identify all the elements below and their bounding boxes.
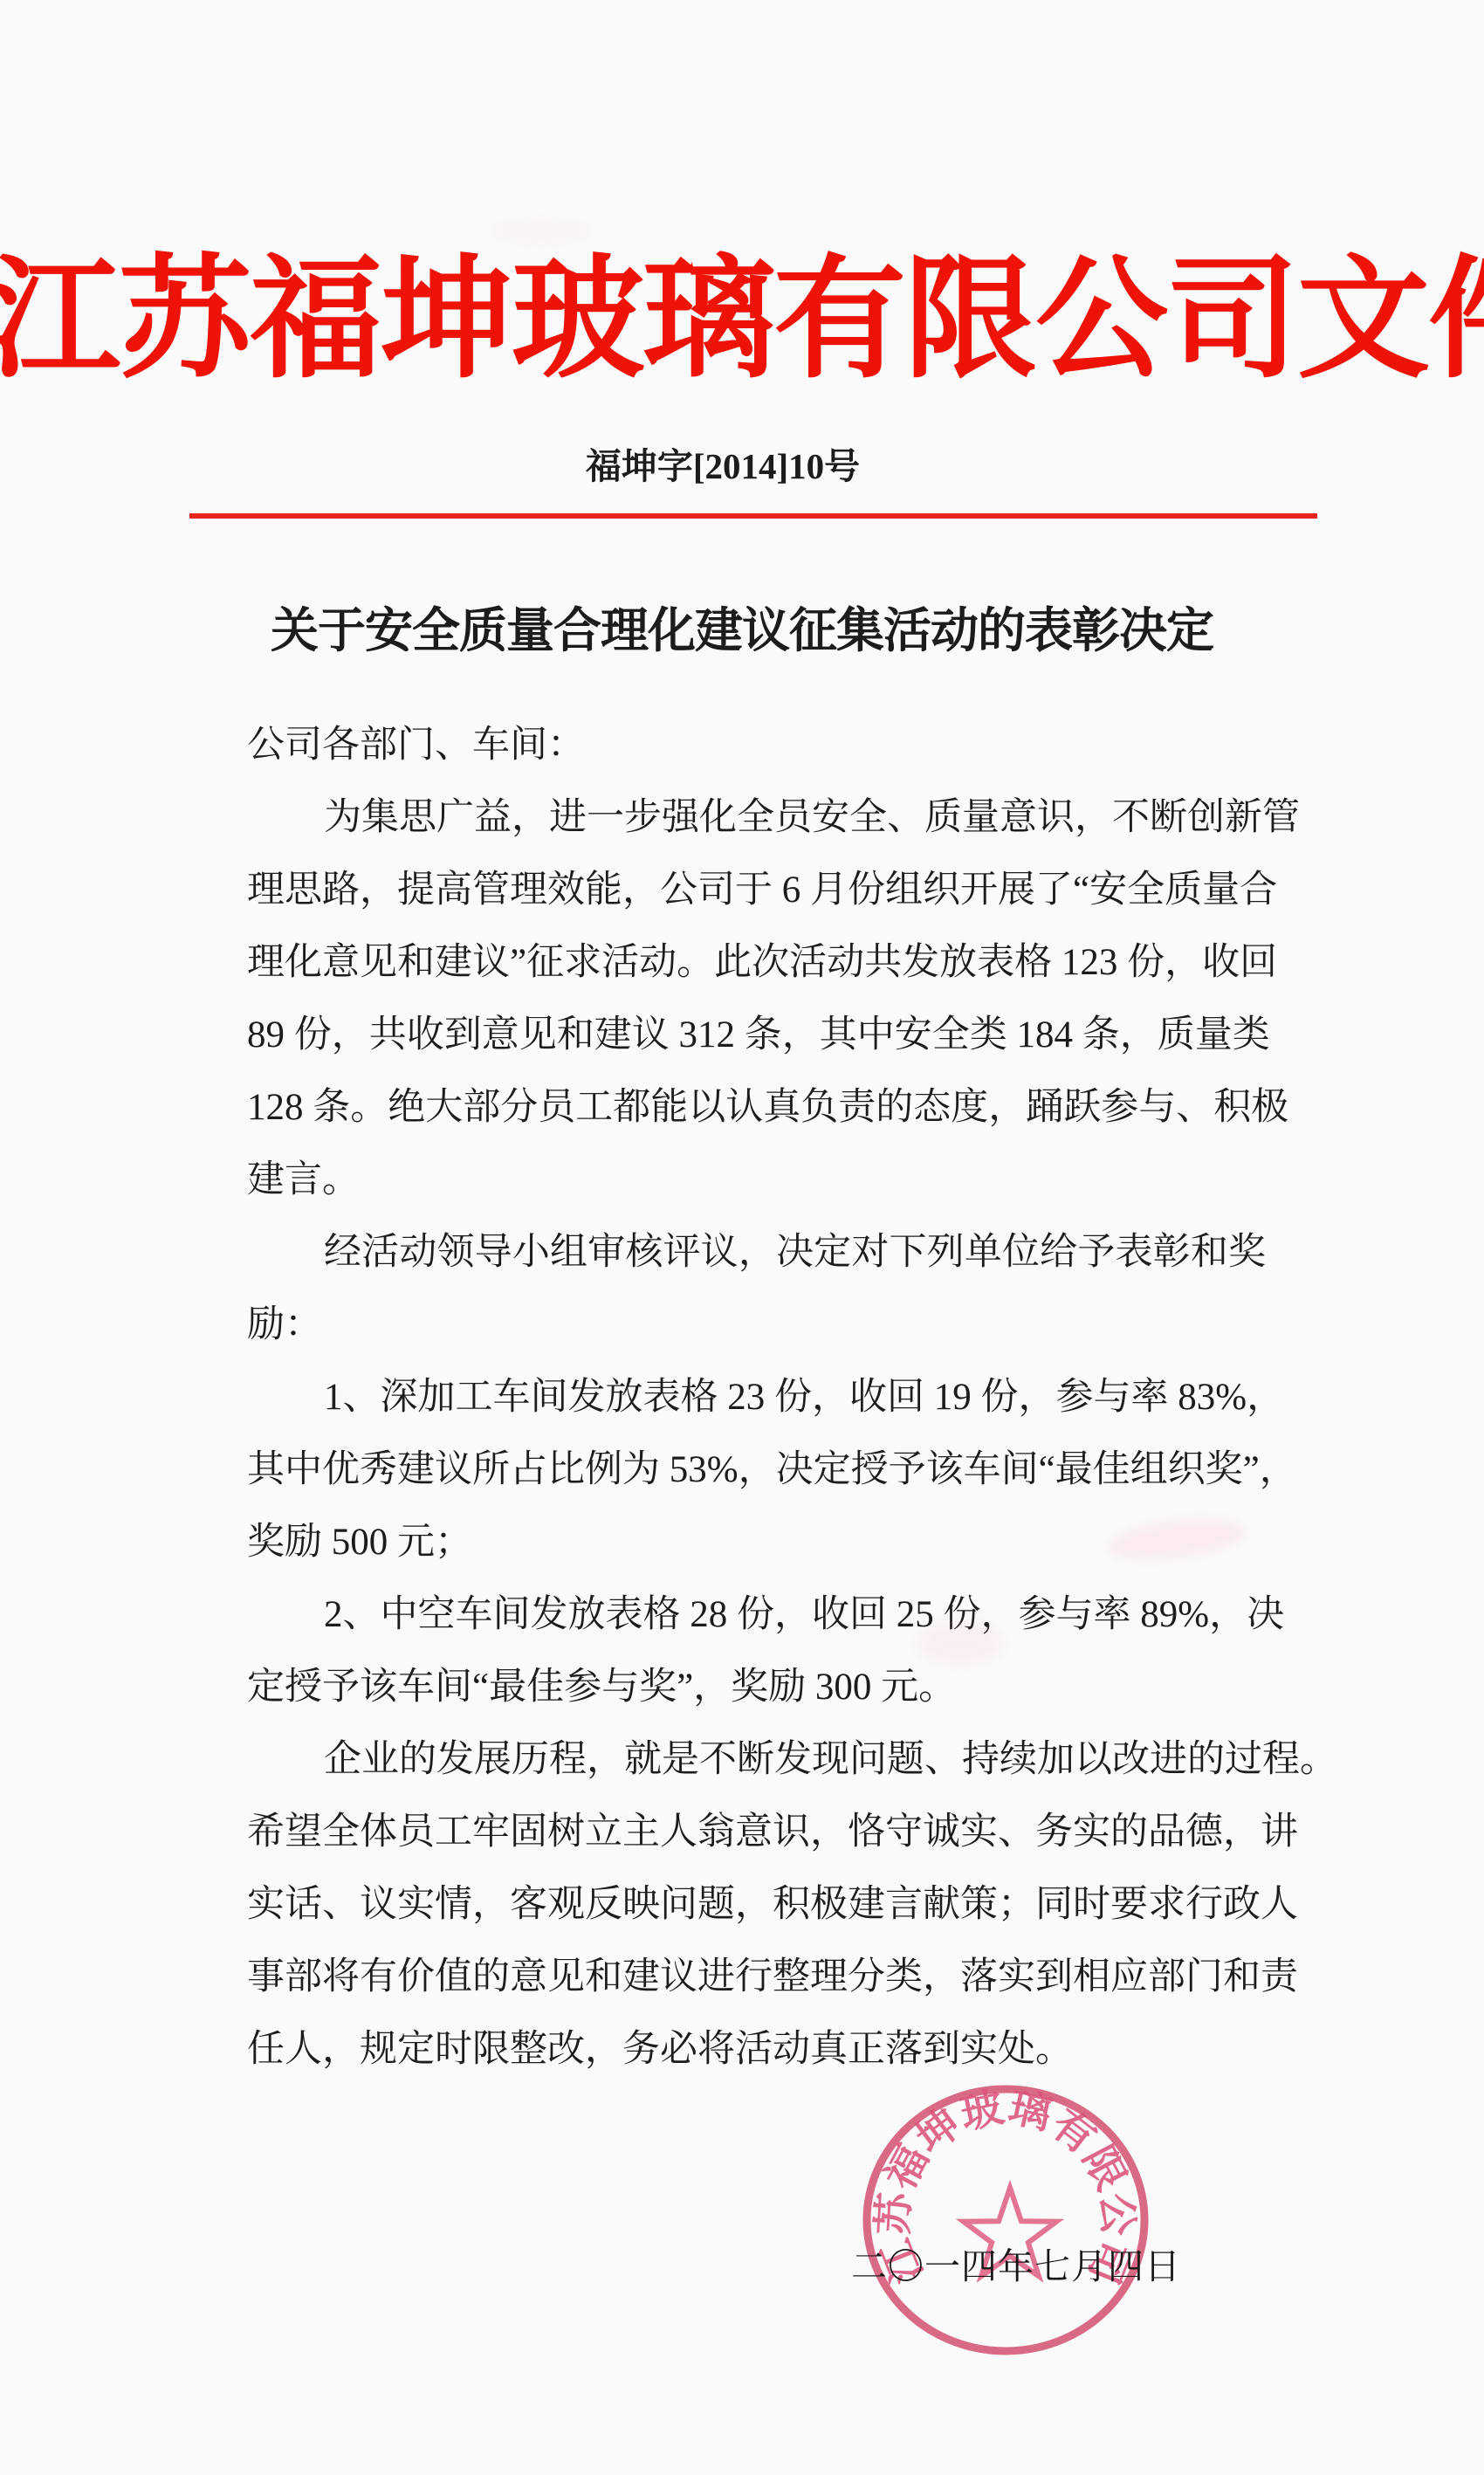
company-seal-stamp: 江苏福坤玻璃有限公司 (857, 2072, 1154, 2368)
document-number: 福坤字[2014]10号 (586, 447, 860, 486)
body-line: 128 条。绝大部分员工都能以认真负责的态度，踊跃参与、积极 (247, 1071, 1266, 1144)
body-text: 公司各部门、车间：为集思广益，进一步强化全员安全、质量意识，不断创新管理思路，提… (247, 709, 1266, 2086)
body-line: 建言。 (247, 1144, 1266, 1216)
body-line: 企业的发展历程，就是不断发现问题、持续加以改进的过程。 (247, 1723, 1266, 1796)
company-letterhead-title: 江苏福坤玻璃有限公司文件 (0, 251, 1472, 391)
body-line: 89 份，共收到意见和建议 312 条，其中安全类 184 条，质量类 (247, 999, 1266, 1071)
body-line: 事部将有价值的意见和建议进行整理分类，落实到相应部门和责 (247, 1941, 1266, 2013)
document-title: 关于安全质量合理化建议征集活动的表彰决定 (0, 592, 1484, 661)
body-line: 定授予该车间“最佳参与奖”，奖励 300 元。 (247, 1651, 1266, 1723)
body-line: 励： (247, 1289, 1266, 1361)
document-page: 江苏福坤玻璃有限公司文件 福坤字[2014]10号 关于安全质量合理化建议征集活… (0, 0, 1484, 2475)
red-divider-line (189, 513, 1317, 519)
body-line: 实话、议实情，客观反映问题，积极建言献策；同时要求行政人 (247, 1868, 1266, 1941)
body-line: 为集思广益，进一步强化全员安全、质量意识，不断创新管 (247, 781, 1266, 854)
scan-smudge (489, 218, 594, 244)
body-line: 奖励 500 元； (247, 1506, 1266, 1578)
body-line: 理思路，提高管理效能，公司于 6 月份组织开展了“安全质量合 (247, 854, 1266, 926)
body-line: 公司各部门、车间： (247, 709, 1266, 781)
document-date: 二〇一四年七月四日 (851, 2247, 1181, 2286)
body-line: 希望全体员工牢固树立主人翁意识，恪守诚实、务实的品德，讲 (247, 1796, 1266, 1868)
body-line: 理化意见和建议”征求活动。此次活动共发放表格 123 份，收回 (247, 926, 1266, 999)
body-line: 1、深加工车间发放表格 23 份，收回 19 份，参与率 83%， (247, 1361, 1266, 1433)
body-line: 其中优秀建议所占比例为 53%，决定授予该车间“最佳组织奖”， (247, 1433, 1266, 1506)
body-line: 2、中空车间发放表格 28 份，收回 25 份，参与率 89%，决 (247, 1578, 1266, 1651)
body-line: 经活动领导小组审核评议，决定对下列单位给予表彰和奖 (247, 1216, 1266, 1289)
